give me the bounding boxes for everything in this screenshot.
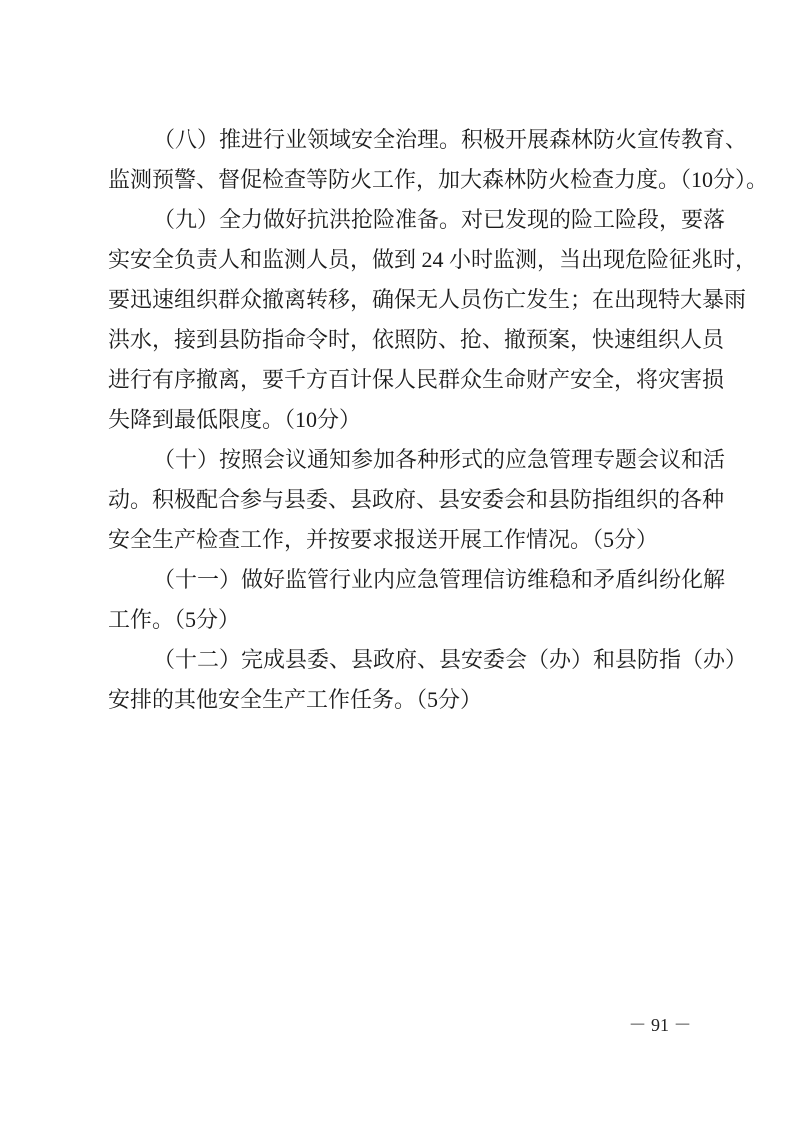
text-line: （十）按照会议通知参加各种形式的应急管理专题会议和活 — [108, 440, 712, 480]
document-page: （八）推进行业领域安全治理。积极开展森林防火宣传教育、 监测预警、督促检查等防火… — [0, 0, 793, 1122]
body-text: （八）推进行业领域安全治理。积极开展森林防火宣传教育、 监测预警、督促检查等防火… — [108, 120, 712, 720]
text-line: （八）推进行业领域安全治理。积极开展森林防火宣传教育、 — [108, 120, 712, 160]
text-line: 要迅速组织群众撤离转移，确保无人员伤亡发生；在出现特大暴雨 — [108, 280, 712, 320]
text-line: （十二）完成县委、县政府、县安委会（办）和县防指（办） — [108, 640, 712, 680]
text-line: （十一）做好监管行业内应急管理信访维稳和矛盾纠纷化解 — [108, 560, 712, 600]
text-line: 安全生产检查工作，并按要求报送开展工作情况。（5分） — [108, 520, 712, 560]
text-line: 实安全负责人和监测人员，做到 24 小时监测，当出现危险征兆时， — [108, 240, 712, 280]
paragraph-item-11: （十一）做好监管行业内应急管理信访维稳和矛盾纠纷化解 工作。（5分） — [108, 560, 712, 640]
text-line: 工作。（5分） — [108, 600, 712, 640]
paragraph-item-8: （八）推进行业领域安全治理。积极开展森林防火宣传教育、 监测预警、督促检查等防火… — [108, 120, 712, 200]
text-line: 失降到最低限度。（10分） — [108, 400, 712, 440]
text-line: 监测预警、督促检查等防火工作，加大森林防火检查力度。（10分）。 — [108, 160, 712, 200]
text-line: 安排的其他安全生产工作任务。（5分） — [108, 680, 712, 720]
text-line: 洪水，接到县防指命令时，依照防、抢、撤预案，快速组织人员 — [108, 320, 712, 360]
paragraph-item-12: （十二）完成县委、县政府、县安委会（办）和县防指（办） 安排的其他安全生产工作任… — [108, 640, 712, 720]
text-line: （九）全力做好抗洪抢险准备。对已发现的险工险段，要落 — [108, 200, 712, 240]
text-line: 动。积极配合参与县委、县政府、县安委会和县防指组织的各种 — [108, 480, 712, 520]
page-number: － 91 － — [620, 1013, 700, 1037]
text-line: 进行有序撤离，要千方百计保人民群众生命财产安全，将灾害损 — [108, 360, 712, 400]
paragraph-item-9: （九）全力做好抗洪抢险准备。对已发现的险工险段，要落 实安全负责人和监测人员，做… — [108, 200, 712, 440]
paragraph-item-10: （十）按照会议通知参加各种形式的应急管理专题会议和活 动。积极配合参与县委、县政… — [108, 440, 712, 560]
